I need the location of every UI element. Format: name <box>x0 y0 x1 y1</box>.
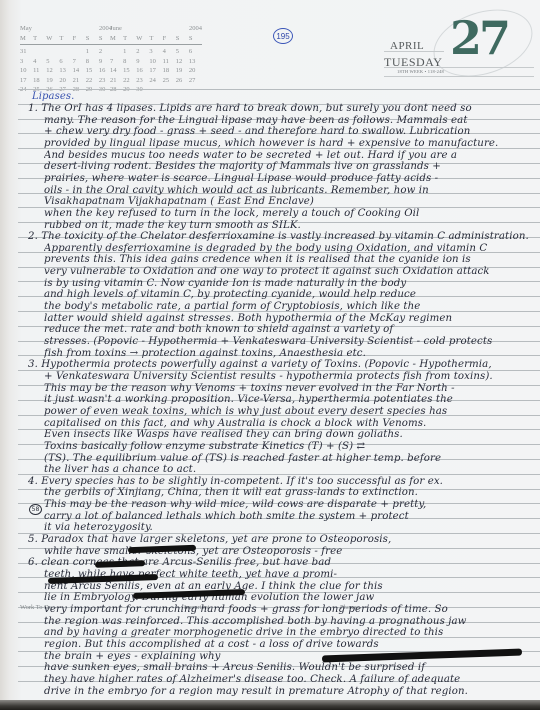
note-line: + Venkateswara University Scientist resu… <box>44 371 540 382</box>
calendar-day: 19 <box>46 76 59 86</box>
calendar-day: 4 <box>33 57 46 67</box>
weekday-header: W <box>136 34 149 44</box>
date-divider <box>384 76 534 77</box>
note-line: the region was reinforced. This accompli… <box>44 616 540 627</box>
calendar-day <box>33 47 46 57</box>
calendar-day: 22 <box>86 76 99 86</box>
calendar-day: 5 <box>176 47 189 57</box>
calendar-day: 1 <box>123 47 136 57</box>
note-line: power of even weak toxins, which is why … <box>44 406 540 417</box>
note-line: prevents this. This idea gains credence … <box>44 254 540 265</box>
note-line: they have higher rates of Alzheimer's di… <box>44 674 540 685</box>
notebook-edge <box>0 700 540 710</box>
calendar-day: 25 <box>163 76 176 86</box>
notes-heading: Lipases. <box>32 91 74 102</box>
calendar-day: 12 <box>46 66 59 76</box>
note-line: 3. Hypothermia protects powerfully again… <box>28 359 528 370</box>
calendar-day: 8 <box>123 57 136 67</box>
calendar-day: 18 <box>163 66 176 76</box>
note-line: the liver has a chance to act. <box>44 464 540 475</box>
weekday-header: T <box>123 34 136 44</box>
calendar-day: 27 <box>189 76 202 86</box>
calendar-day: 23 <box>136 76 149 86</box>
weekday-header: S <box>176 34 189 44</box>
month-label: APRIL <box>390 40 424 52</box>
note-line: And besides mucus too needs water to be … <box>44 150 540 161</box>
calendar-day: 6 <box>189 47 202 57</box>
calendar-day: 17 <box>149 66 162 76</box>
calendar-day: 19 <box>176 66 189 76</box>
calendar-day: 31 <box>20 47 33 57</box>
note-line: + chew very dry food - grass + seed - an… <box>44 126 540 137</box>
calendar-day: 14 <box>110 66 123 76</box>
note-line: (TS). The equilibrium value of (TS) is r… <box>44 453 540 464</box>
weekday-header: M <box>110 34 123 44</box>
weekday-header: F <box>163 34 176 44</box>
note-line: 4. Every species has to be slightly in-c… <box>28 476 528 487</box>
calendar-weekdays: MTWTFSS <box>110 34 202 46</box>
diary-page: May 2004 MTWTFSS 31123456789101112131415… <box>0 0 540 700</box>
mini-calendar-may: May 2004 MTWTFSS 31123456789101112131415… <box>20 24 112 95</box>
calendar-day: 11 <box>33 66 46 76</box>
note-line: Toxins basically follow enzyme substrate… <box>44 441 540 452</box>
note-line: 5. Paradox that have larger skeletons, y… <box>28 534 528 545</box>
calendar-day <box>59 47 72 57</box>
note-line: is by using vitamin C. Now cyanide Ion i… <box>44 278 540 289</box>
note-line: 2. The toxicity of the Chelator desferri… <box>28 231 528 242</box>
margin-annotation: 58 <box>29 504 42 515</box>
note-line: 1. The OrI has 4 lipases. Lipids are har… <box>28 103 528 114</box>
weekday-label: TUESDAY <box>384 55 442 70</box>
calendar-day: 1 <box>86 47 99 57</box>
calendar-year: 2004 <box>189 24 202 34</box>
note-line: stresses. (Popovic - Hypothermia + Venka… <box>44 336 540 347</box>
calendar-day: 3 <box>149 47 162 57</box>
calendar-day: 5 <box>46 57 59 67</box>
note-line: and high levels of vitamin C, by protect… <box>44 289 540 300</box>
weekday-header: S <box>86 34 99 44</box>
calendar-day: 3 <box>20 57 33 67</box>
page-number-badge: 195 <box>273 28 293 44</box>
week-info: 18TH WEEK • 118-248 <box>397 69 444 74</box>
note-line: the body's metabolic rate, a partial for… <box>44 301 540 312</box>
weekday-header: M <box>20 34 33 44</box>
calendar-day: 22 <box>123 76 136 86</box>
calendar-day: 16 <box>136 66 149 76</box>
calendar-day: 13 <box>59 66 72 76</box>
calendar-day: 17 <box>20 76 33 86</box>
note-line: very vulnerable to Oxidation and one way… <box>44 266 540 277</box>
weekday-header: W <box>46 34 59 44</box>
note-line: lie in Embryology. During early human ev… <box>44 592 540 603</box>
calendar-day: 26 <box>176 76 189 86</box>
ruled-line <box>18 89 540 90</box>
calendar-day: 21 <box>73 76 86 86</box>
note-line: rubbed on it, made the key turn smooth a… <box>44 220 540 231</box>
note-line: the gerbils of Xinjiang, China, then it … <box>44 487 540 498</box>
calendar-day: 10 <box>149 57 162 67</box>
calendar-day: 13 <box>189 57 202 67</box>
note-line: when the key refused to turn in the lock… <box>44 208 540 219</box>
weekday-header: T <box>149 34 162 44</box>
calendar-day: 11 <box>163 57 176 67</box>
calendar-day: 7 <box>73 57 86 67</box>
calendar-day: 6 <box>59 57 72 67</box>
calendar-day: 15 <box>86 66 99 76</box>
calendar-weekdays: MTWTFSS <box>20 34 112 46</box>
note-line: oils - in the Oral cavity which would ac… <box>44 185 540 196</box>
calendar-days: 3112345678910111213141516171819202122232… <box>20 47 112 95</box>
weekday-header: F <box>73 34 86 44</box>
calendar-day: 21 <box>110 76 123 86</box>
calendar-day <box>73 47 86 57</box>
note-line: have sunken eyes, small brains + Arcus S… <box>44 662 540 673</box>
calendar-day: 2 <box>136 47 149 57</box>
weekday-header: T <box>59 34 72 44</box>
calendar-day: 15 <box>123 66 136 76</box>
note-line: nent Arcus Senilis, even at an early Age… <box>44 581 540 592</box>
note-line: latter would shield against stresses. Bo… <box>44 313 540 324</box>
note-line: Apparently desferrioxamine is degraded b… <box>44 243 540 254</box>
calendar-day: 4 <box>163 47 176 57</box>
calendar-day: 8 <box>86 57 99 67</box>
note-line: it via heterozygosity. <box>44 522 540 533</box>
calendar-day: 7 <box>110 57 123 67</box>
day-number: 27 <box>450 14 508 62</box>
calendar-days: 1234567891011121314151617181920212223242… <box>110 47 202 95</box>
note-line: reduce the met. rate and both known to s… <box>44 324 540 335</box>
calendar-day <box>46 47 59 57</box>
note-line: desert-living rodent. Besides the majori… <box>44 161 540 172</box>
calendar-day: 10 <box>20 66 33 76</box>
calendar-month: May <box>20 24 32 34</box>
calendar-day: 14 <box>73 66 86 76</box>
note-line: many. The reason for the Lingual lipase … <box>44 115 540 126</box>
note-line: region. But this accomplished at a cost … <box>44 639 540 650</box>
weekday-header: S <box>189 34 202 44</box>
note-line: prairies, where water is scarce. Lingual… <box>44 173 540 184</box>
calendar-day: 20 <box>59 76 72 86</box>
calendar-day: 18 <box>33 76 46 86</box>
note-line: very important for crunching hard foods … <box>44 604 540 615</box>
note-line: capitalised on this fact, and why Austra… <box>44 418 540 429</box>
calendar-day: 20 <box>189 66 202 76</box>
calendar-day: 9 <box>136 57 149 67</box>
calendar-day: 24 <box>149 76 162 86</box>
note-line: drive in the embryo for a region may res… <box>44 686 540 697</box>
note-line: This may be the reason why wild mice, wi… <box>44 499 540 510</box>
weekday-header: T <box>33 34 46 44</box>
note-line: fish from toxins → protection against to… <box>44 348 540 359</box>
calendar-day: 12 <box>176 57 189 67</box>
note-line: it just wasn't a working proposition. Vi… <box>44 394 540 405</box>
calendar-month: June <box>110 24 122 34</box>
calendar-day <box>110 47 123 57</box>
note-line: and by having a greater morphogenetic dr… <box>44 627 540 638</box>
mini-calendar-june: June 2004 MTWTFSS 1234567891011121314151… <box>110 24 202 95</box>
note-line: This may be the reason why Venoms + toxi… <box>44 383 540 394</box>
note-line: Even insects like Wasps have realised th… <box>44 429 540 440</box>
note-line: carry a lot of balanced lethals which bo… <box>44 511 540 522</box>
note-line: Visakhapatnam Vijakhapatnam ( East End E… <box>44 196 540 207</box>
note-line: while have smaller skeletons, yet are Os… <box>44 546 540 557</box>
note-line: provided by lingual lipase mucus, which … <box>44 138 540 149</box>
